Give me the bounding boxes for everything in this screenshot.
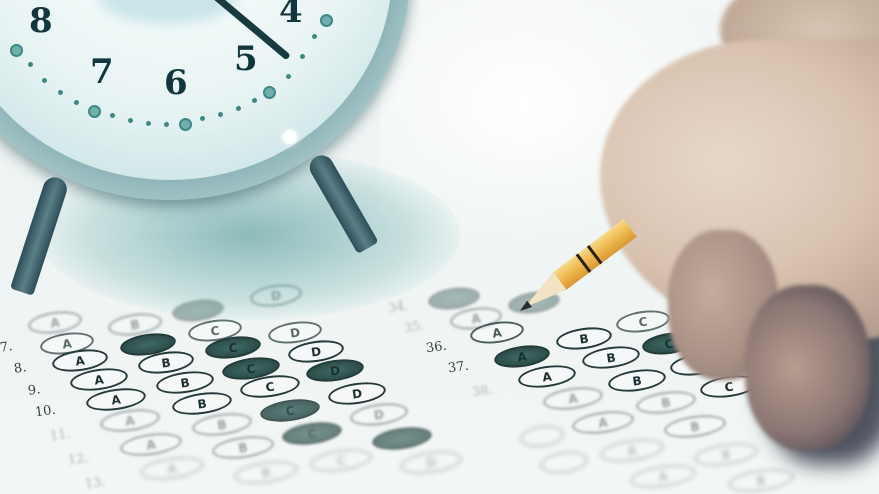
question-number: 7. xyxy=(0,339,13,356)
clock-numeral-5: 5 xyxy=(234,42,258,76)
answer-bubble: D xyxy=(349,400,409,429)
answer-bubble: B xyxy=(727,466,795,494)
answer-bubble: C xyxy=(309,446,373,475)
question-number: 9. xyxy=(27,382,41,399)
question-number: 38. xyxy=(471,383,494,401)
clock-tick xyxy=(252,98,257,103)
clock-tick xyxy=(128,118,133,123)
clock-numeral-8: 8 xyxy=(29,4,53,38)
answer-bubble: B xyxy=(693,440,759,470)
question-number: 37. xyxy=(447,359,470,377)
question-number: 36. xyxy=(425,339,448,357)
clock-tick xyxy=(300,54,305,59)
answer-bubble: A xyxy=(119,430,183,459)
clock-tick xyxy=(236,106,241,111)
answer-bubble xyxy=(539,449,589,476)
clock-tick xyxy=(218,112,223,117)
clock-tick xyxy=(110,113,115,118)
answer-bubble: C xyxy=(615,307,671,335)
clock-tick xyxy=(164,122,169,127)
answer-bubble: B xyxy=(635,388,697,417)
clock-numeral-6: 6 xyxy=(164,66,188,100)
answer-bubble: A xyxy=(571,408,635,437)
photo-scene: 7. 8. 9. 10. 11. 12. 13. A B D A C D A B… xyxy=(0,0,879,494)
clock-tick xyxy=(312,34,317,39)
answer-bubble: A xyxy=(599,436,665,466)
answer-bubble-filled xyxy=(371,424,433,453)
clock-tick xyxy=(74,100,79,105)
answer-bubble: B xyxy=(607,366,667,395)
answer-bubble: A xyxy=(542,384,604,413)
question-number: 11. xyxy=(49,427,72,445)
answer-bubble: B xyxy=(663,412,727,441)
answer-bubble: B xyxy=(211,433,275,462)
clock-tick xyxy=(263,86,276,99)
answer-bubble: A xyxy=(139,454,205,484)
question-number: 12. xyxy=(67,451,90,469)
answer-bubble-filled: C xyxy=(281,419,343,448)
answer-bubble: A xyxy=(629,462,697,492)
clock-tick xyxy=(179,118,192,131)
question-number: 34. xyxy=(387,299,410,317)
clock-numeral-4: 4 xyxy=(279,0,303,28)
question-number: 8. xyxy=(13,360,27,377)
question-number: 35. xyxy=(403,319,426,337)
clock-tick xyxy=(146,121,151,126)
clock-glint xyxy=(283,130,297,144)
clock-numeral-7: 7 xyxy=(90,55,114,89)
answer-bubble: B xyxy=(233,458,299,488)
answer-bubble: D xyxy=(399,448,463,477)
clock-tick xyxy=(200,116,205,121)
clock-tick xyxy=(58,90,63,95)
question-number: 10. xyxy=(34,403,57,421)
clock-tick xyxy=(88,105,101,118)
clock-tick xyxy=(28,62,33,67)
clock-tick xyxy=(286,74,291,79)
clock-tick xyxy=(42,78,47,83)
clock-tick xyxy=(10,44,23,57)
clock-tick xyxy=(320,14,333,27)
answer-bubble xyxy=(519,423,565,450)
thumb xyxy=(745,285,870,450)
answer-bubble-filled: C xyxy=(259,396,321,425)
question-number: 13. xyxy=(84,475,107,493)
